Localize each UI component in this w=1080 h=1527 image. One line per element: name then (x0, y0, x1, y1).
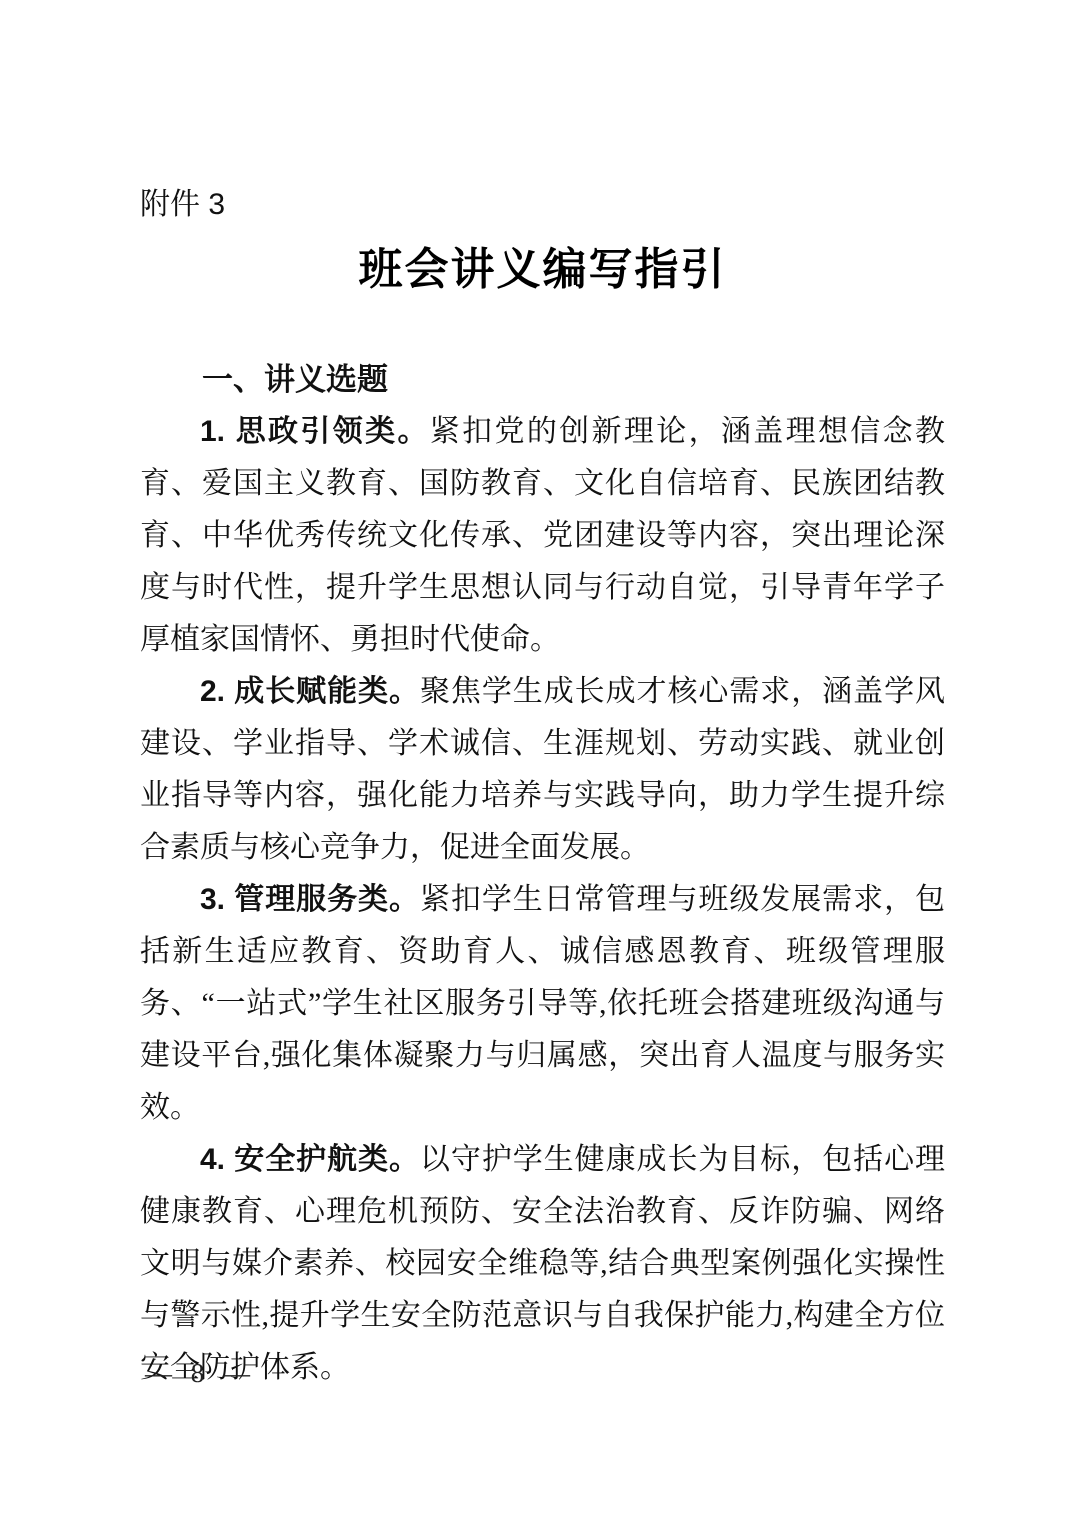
paragraph-1-lead: 1. 思政引领类。 (200, 415, 430, 448)
page-number: — 8 — (145, 1358, 256, 1389)
paragraph-3-text: 紧扣学生日常管理与班级发展需求，包括新生适应教育、资助育人、诚信感恩教育、班级管… (140, 883, 945, 1124)
paragraph-2-lead: 2. 成长赋能类。 (200, 675, 420, 708)
paragraph-3-lead: 3. 管理服务类。 (200, 883, 420, 916)
document-body: 1. 思政引领类。紧扣党的创新理论，涵盖理想信念教育、爱国主义教育、国防教育、文… (140, 406, 945, 1394)
paragraph-2: 2. 成长赋能类。聚焦学生成长成才核心需求，涵盖学风建设、学业指导、学术诚信、生… (140, 666, 945, 874)
document-content: 附件 3 班会讲义编写指引 一、讲义选题 1. 思政引领类。紧扣党的创新理论，涵… (140, 186, 945, 1394)
paragraph-4-lead: 4. 安全护航类。 (200, 1143, 420, 1176)
paragraph-4: 4. 安全护航类。以守护学生健康成长为目标，包括心理健康教育、心理危机预防、安全… (140, 1134, 945, 1394)
paragraph-4-text: 以守护学生健康成长为目标，包括心理健康教育、心理危机预防、安全法治教育、反诈防骗… (140, 1143, 945, 1384)
section-heading: 一、讲义选题 (140, 360, 945, 400)
document-page: 附件 3 班会讲义编写指引 一、讲义选题 1. 思政引领类。紧扣党的创新理论，涵… (0, 0, 1080, 1527)
attachment-label: 附件 3 (140, 186, 945, 224)
paragraph-3: 3. 管理服务类。紧扣学生日常管理与班级发展需求，包括新生适应教育、资助育人、诚… (140, 874, 945, 1134)
document-title: 班会讲义编写指引 (140, 242, 945, 298)
paragraph-1: 1. 思政引领类。紧扣党的创新理论，涵盖理想信念教育、爱国主义教育、国防教育、文… (140, 406, 945, 666)
paragraph-1-text: 紧扣党的创新理论，涵盖理想信念教育、爱国主义教育、国防教育、文化自信培育、民族团… (140, 415, 945, 656)
